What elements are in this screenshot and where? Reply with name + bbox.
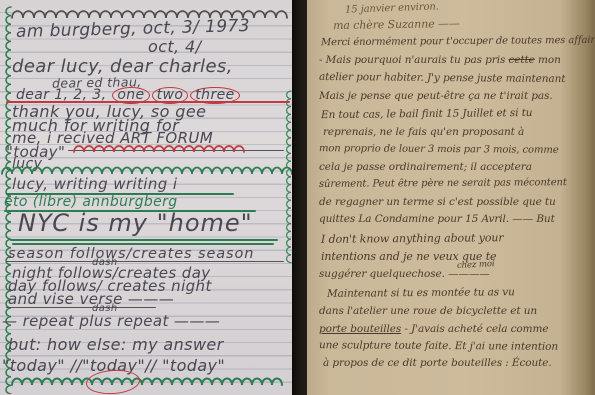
left-letter-page: am burgberg, oct, 3/ 1973 oct, 4/ dear l… (0, 0, 292, 395)
handwriting-line: de regagner un terme si c'est possible q… (319, 197, 556, 208)
handwriting-line: reprenais, ne le fais qu'en proposant à (323, 127, 524, 138)
nyc-home-line: NYC is my "home" (18, 211, 253, 235)
handwriting-line: but: how else: my answer (8, 337, 224, 353)
handwriting-line: En tout cas, le bail finit 15 Juillet et… (321, 108, 533, 121)
green-underline (10, 239, 278, 241)
date-line: 15 janvier environ. (345, 2, 439, 15)
handwriting-line: dans l'atelier une roue de bicyclette et… (319, 306, 537, 317)
underlined-words: porte bouteilles (319, 323, 401, 335)
pencil-underline (6, 261, 284, 262)
insert-note: chez moi (457, 260, 495, 270)
handwriting-line: Mais je pense que peut-être ça ne t'irai… (319, 91, 553, 102)
handwriting-line: lucy, writing writing i (12, 177, 177, 192)
handwriting-line: atelier pour habiter. J'y pense juste ma… (319, 72, 565, 85)
date-line: am burgberg, oct, 3/ 1973 (16, 18, 250, 41)
handwriting-line: mon proprio de louer 3 mois par 3 mois, … (319, 144, 559, 156)
handwriting-line: I don't know anything about your (321, 232, 504, 245)
handwriting-text: - J'avais acheté cela comme (401, 323, 548, 335)
letters-photo-collage: am burgberg, oct, 3/ 1973 oct, 4/ dear l… (0, 0, 595, 395)
green-wave-scribble-bottom (10, 369, 290, 394)
salutation-line: dear lucy, dear charles, (12, 58, 233, 76)
handwriting-line: Merci énormément pour t'occuper de toute… (321, 36, 595, 48)
handwriting-line: une sculpture toute faite. Et j'ai une i… (319, 340, 558, 352)
right-letter-page: 15 janvier environ. ma chère Suzanne —— … (307, 0, 595, 395)
handwriting-line: - Mais pourquoi n'aurais tu pas pris cet… (319, 55, 561, 66)
page-gutter (292, 0, 307, 395)
handwriting-line: porte bouteilles - J'avais acheté cela c… (319, 324, 548, 335)
signature-line: eto (libre) annburgberg (4, 195, 178, 209)
green-underline (12, 243, 274, 245)
handwriting-line: à propos de ce dit porte bouteilles : Éc… (323, 358, 552, 369)
handwriting-line: sûrement. Peut être père ne serait pas m… (319, 178, 567, 190)
handwriting-text: mon (535, 54, 561, 66)
handwriting-line: cela je passe ordinairement; il accepter… (319, 162, 532, 173)
handwriting-text: - Mais pourquoi n'aurais tu pas pris (319, 54, 509, 66)
handwriting-line: season follows/creates season (8, 247, 254, 262)
handwriting-line: quittes La Condamine pour 15 Avril. —— B… (319, 214, 555, 225)
date-line-2: oct, 4/ (148, 39, 201, 55)
pencil-underline (6, 307, 156, 308)
handwriting-line: Maintenant si tu es montée tu as vu (327, 287, 515, 299)
struck-word: cette (509, 54, 535, 66)
handwriting-line: — repeat plus repeat ——— (2, 314, 220, 329)
salutation-line: ma chère Suzanne —— (333, 18, 460, 31)
